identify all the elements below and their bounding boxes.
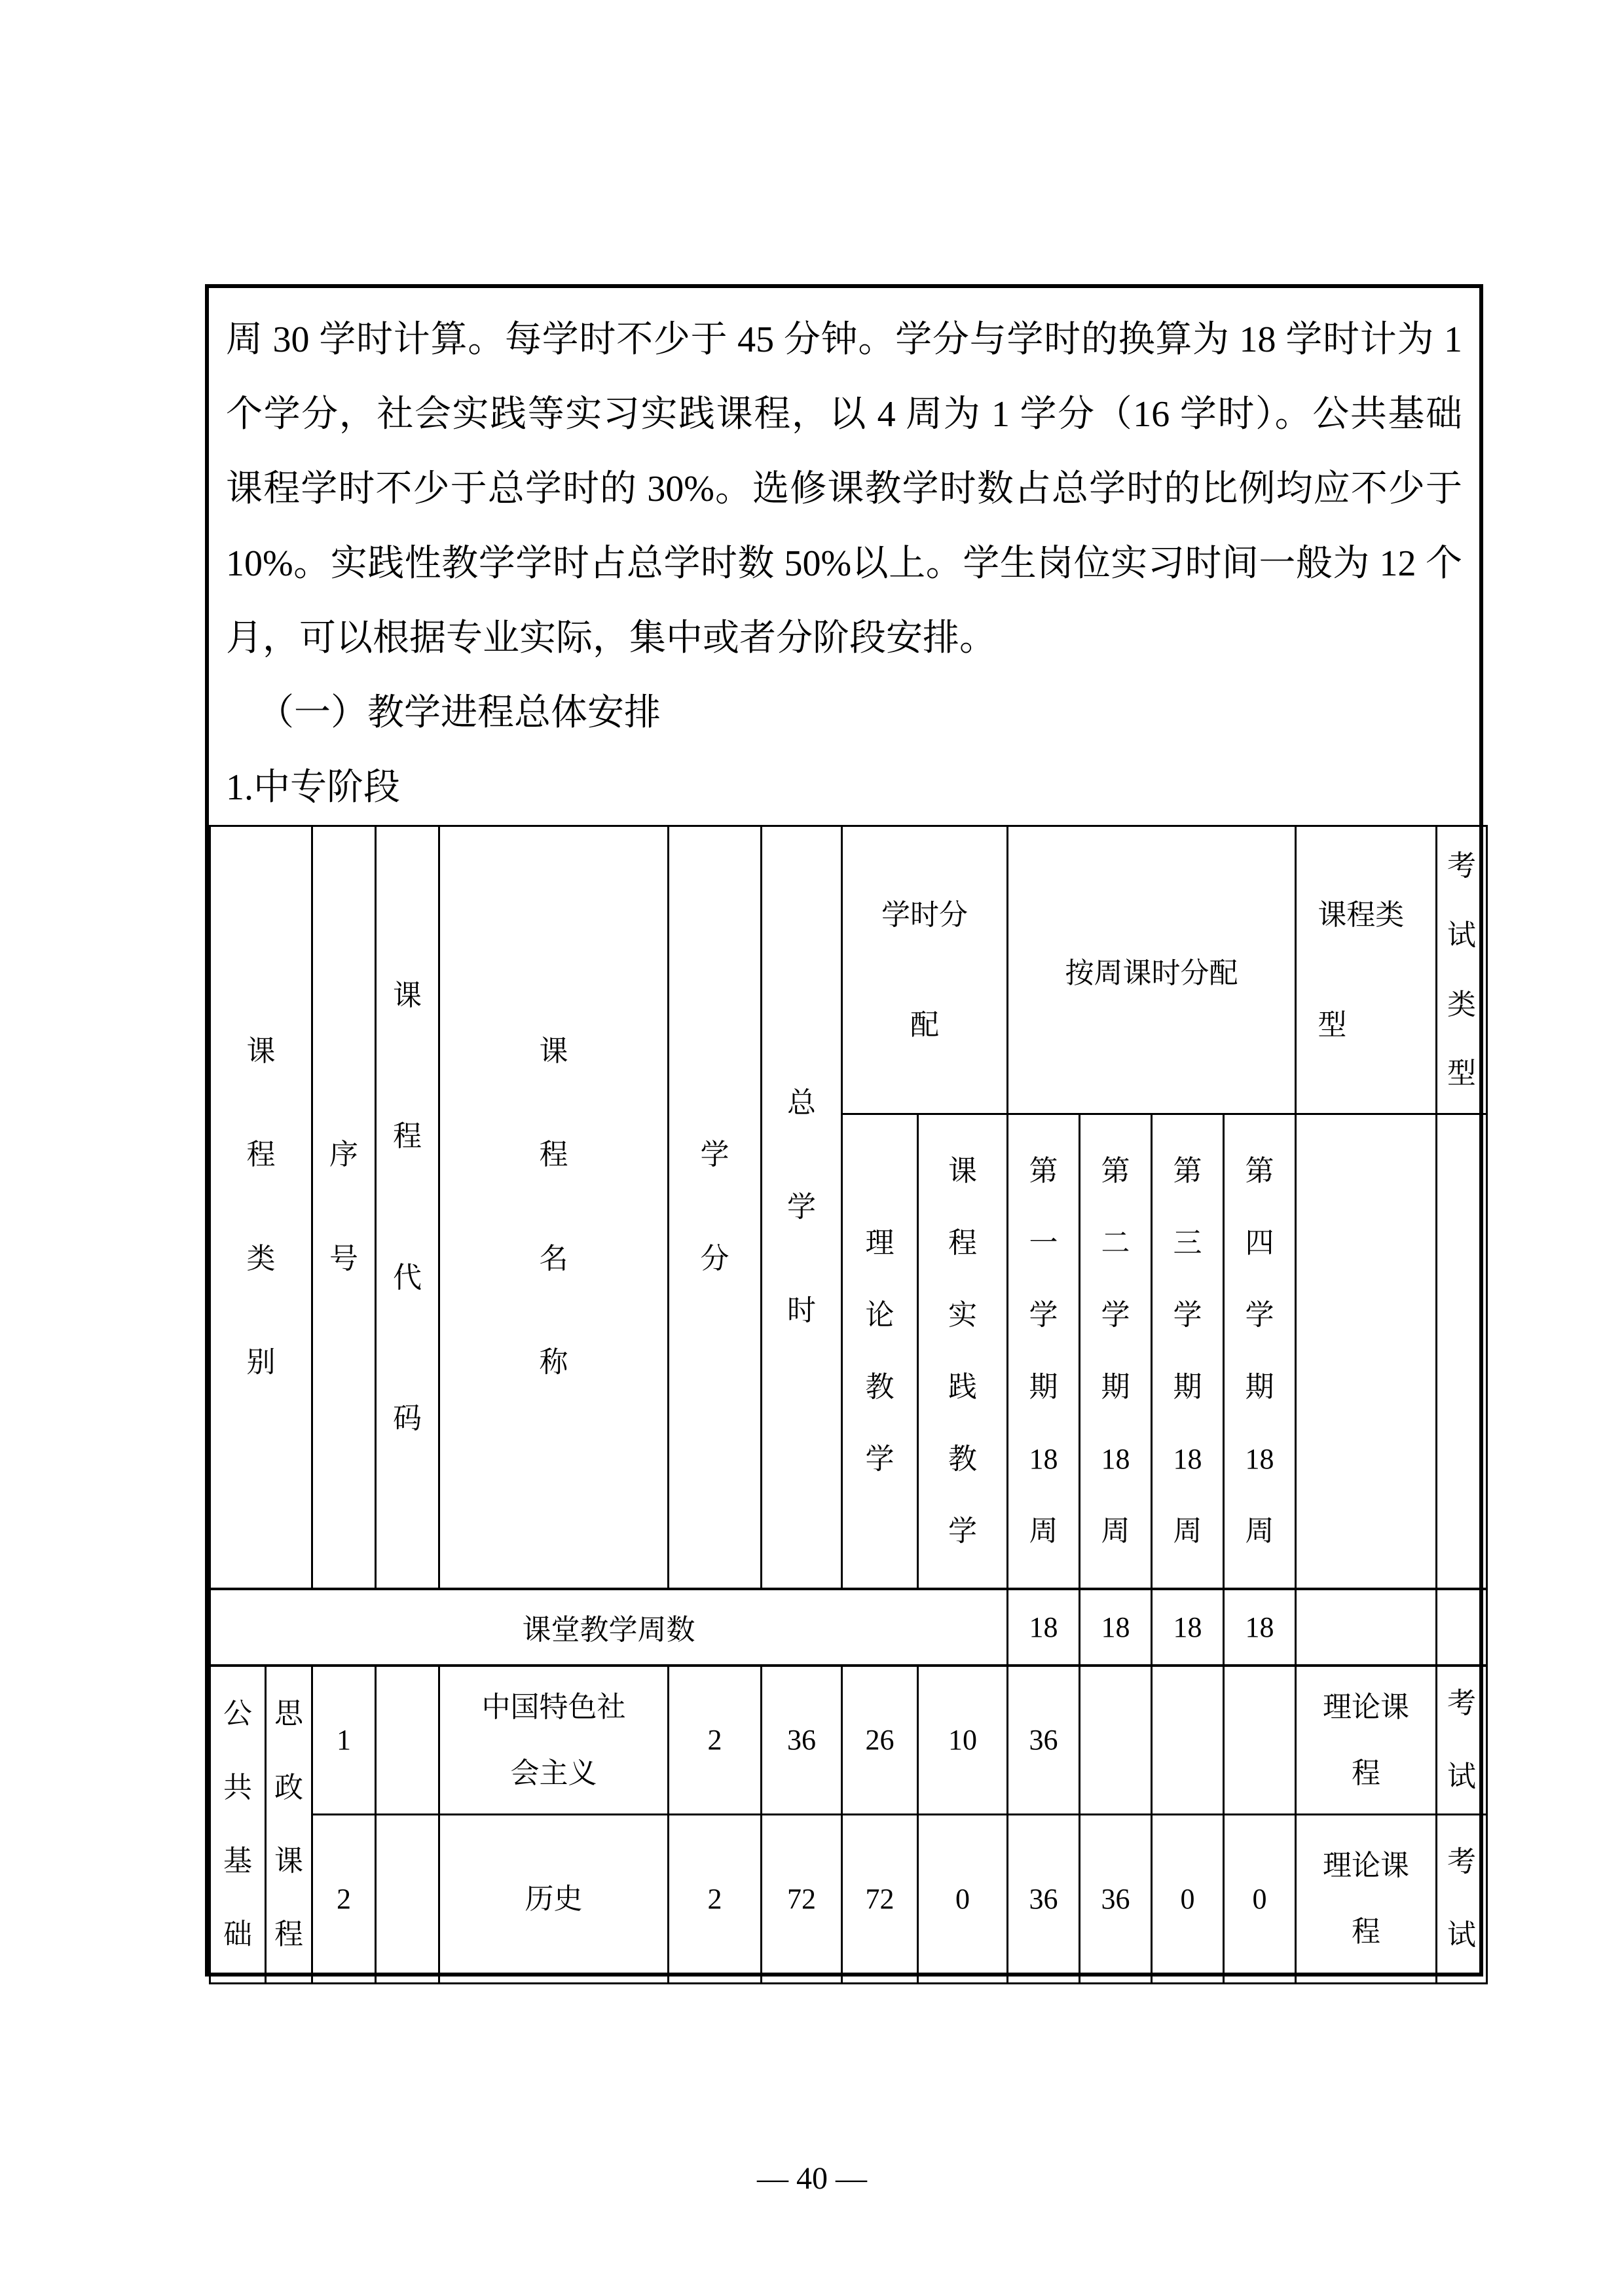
cell-total-hours: 36 <box>762 1666 842 1815</box>
cell-theory-hours: 72 <box>842 1814 918 1983</box>
body-text: 周 30 学时计算。每学时不少于 45 分钟。学分与学时的换算为 18 学时计为… <box>209 288 1479 825</box>
cell-s2 <box>1080 1666 1152 1815</box>
header-semester-3: 第三学期18周 <box>1152 1114 1224 1589</box>
teaching-schedule-table: 课程类别 序号 课程代码 课程名称 学分 总学时 学时分配 按周课时分配 课程类… <box>209 825 1488 1984</box>
header-total-hours: 总学时 <box>762 826 842 1589</box>
cell-course-type: 理论课程 <box>1296 1666 1437 1815</box>
header-practice-teaching: 课程实践教学 <box>918 1114 1008 1589</box>
cell-theory-hours: 26 <box>842 1666 918 1815</box>
cell-s1: 36 <box>1008 1666 1080 1815</box>
weeks-s3: 18 <box>1152 1589 1224 1666</box>
section-heading: （一）教学进程总体安排 <box>226 676 1462 750</box>
header-exam-type: 考试类型 <box>1437 826 1487 1114</box>
cell-code <box>376 1814 439 1983</box>
header-course-type: 课程类型 <box>1296 826 1437 1114</box>
paragraph-line: 周 30 学时计算。每学时不少于 45 分钟。学分与学时的换算为 18 学时计为… <box>226 302 1462 377</box>
paragraph-line: 个学分，社会实践等实习实践课程，以 4 周为 1 学分（16 学时）。公共基础 <box>226 377 1462 452</box>
cell-practice-hours: 0 <box>918 1814 1008 1983</box>
header-exam-type-empty <box>1437 1114 1487 1589</box>
cell-subcategory: 思政课程 <box>266 1666 312 1984</box>
cell-exam-type: 考试 <box>1437 1666 1487 1815</box>
header-course-name: 课程名称 <box>439 826 669 1589</box>
paragraph-line: 10%。实践性教学学时占总学时数 50%以上。学生岗位实习时间一般为 12 个 <box>226 526 1462 601</box>
header-course-code: 课程代码 <box>376 826 439 1589</box>
weeks-s4: 18 <box>1224 1589 1296 1666</box>
cell-total-hours: 72 <box>762 1814 842 1983</box>
table-row: 公共基础 思政课程 1 中国特色社会主义 2 36 26 10 36 理论课程 … <box>210 1666 1487 1815</box>
header-seq-no: 序号 <box>312 826 376 1589</box>
weeks-exam-type-empty <box>1437 1589 1487 1666</box>
subsection-heading: 1.中专阶段 <box>226 750 1462 825</box>
cell-credits: 2 <box>669 1814 762 1983</box>
page-number: — 40 — <box>0 2160 1624 2196</box>
cell-code <box>376 1666 439 1815</box>
cell-course-name: 中国特色社会主义 <box>439 1666 669 1815</box>
weeks-s1: 18 <box>1008 1589 1080 1666</box>
paragraph-line: 课程学时不少于总学时的 30%。选修课教学时数占总学时的比例均应不少于 <box>226 452 1462 526</box>
header-weekly-allocation: 按周课时分配 <box>1008 826 1296 1114</box>
cell-practice-hours: 10 <box>918 1666 1008 1815</box>
weeks-s2: 18 <box>1080 1589 1152 1666</box>
cell-credits: 2 <box>669 1666 762 1815</box>
content-frame: 周 30 学时计算。每学时不少于 45 分钟。学分与学时的换算为 18 学时计为… <box>205 284 1483 1977</box>
cell-s4 <box>1224 1666 1296 1815</box>
cell-s4: 0 <box>1224 1814 1296 1983</box>
table-row: 2 历史 2 72 72 0 36 36 0 0 理论课程 考试 <box>210 1814 1487 1983</box>
cell-s1: 36 <box>1008 1814 1080 1983</box>
header-semester-4: 第四学期18周 <box>1224 1114 1296 1589</box>
cell-s2: 36 <box>1080 1814 1152 1983</box>
weeks-row-label: 课堂教学周数 <box>210 1589 1008 1666</box>
header-semester-1: 第一学期18周 <box>1008 1114 1080 1589</box>
cell-course-name: 历史 <box>439 1814 669 1983</box>
header-theory-teaching: 理论教学 <box>842 1114 918 1589</box>
header-course-type-empty <box>1296 1114 1437 1589</box>
header-hours-allocation: 学时分配 <box>842 826 1008 1114</box>
header-semester-2: 第二学期18周 <box>1080 1114 1152 1589</box>
cell-exam-type: 考试 <box>1437 1814 1487 1983</box>
cell-seq: 1 <box>312 1666 376 1815</box>
cell-seq: 2 <box>312 1814 376 1983</box>
cell-category: 公共基础 <box>210 1666 266 1984</box>
paragraph-line: 月，可以根据专业实际，集中或者分阶段安排。 <box>226 601 1462 676</box>
cell-s3 <box>1152 1666 1224 1815</box>
header-credits: 学分 <box>669 826 762 1589</box>
weeks-course-type-empty <box>1296 1589 1437 1666</box>
header-course-category: 课程类别 <box>210 826 312 1589</box>
cell-s3: 0 <box>1152 1814 1224 1983</box>
cell-course-type: 理论课程 <box>1296 1814 1437 1983</box>
